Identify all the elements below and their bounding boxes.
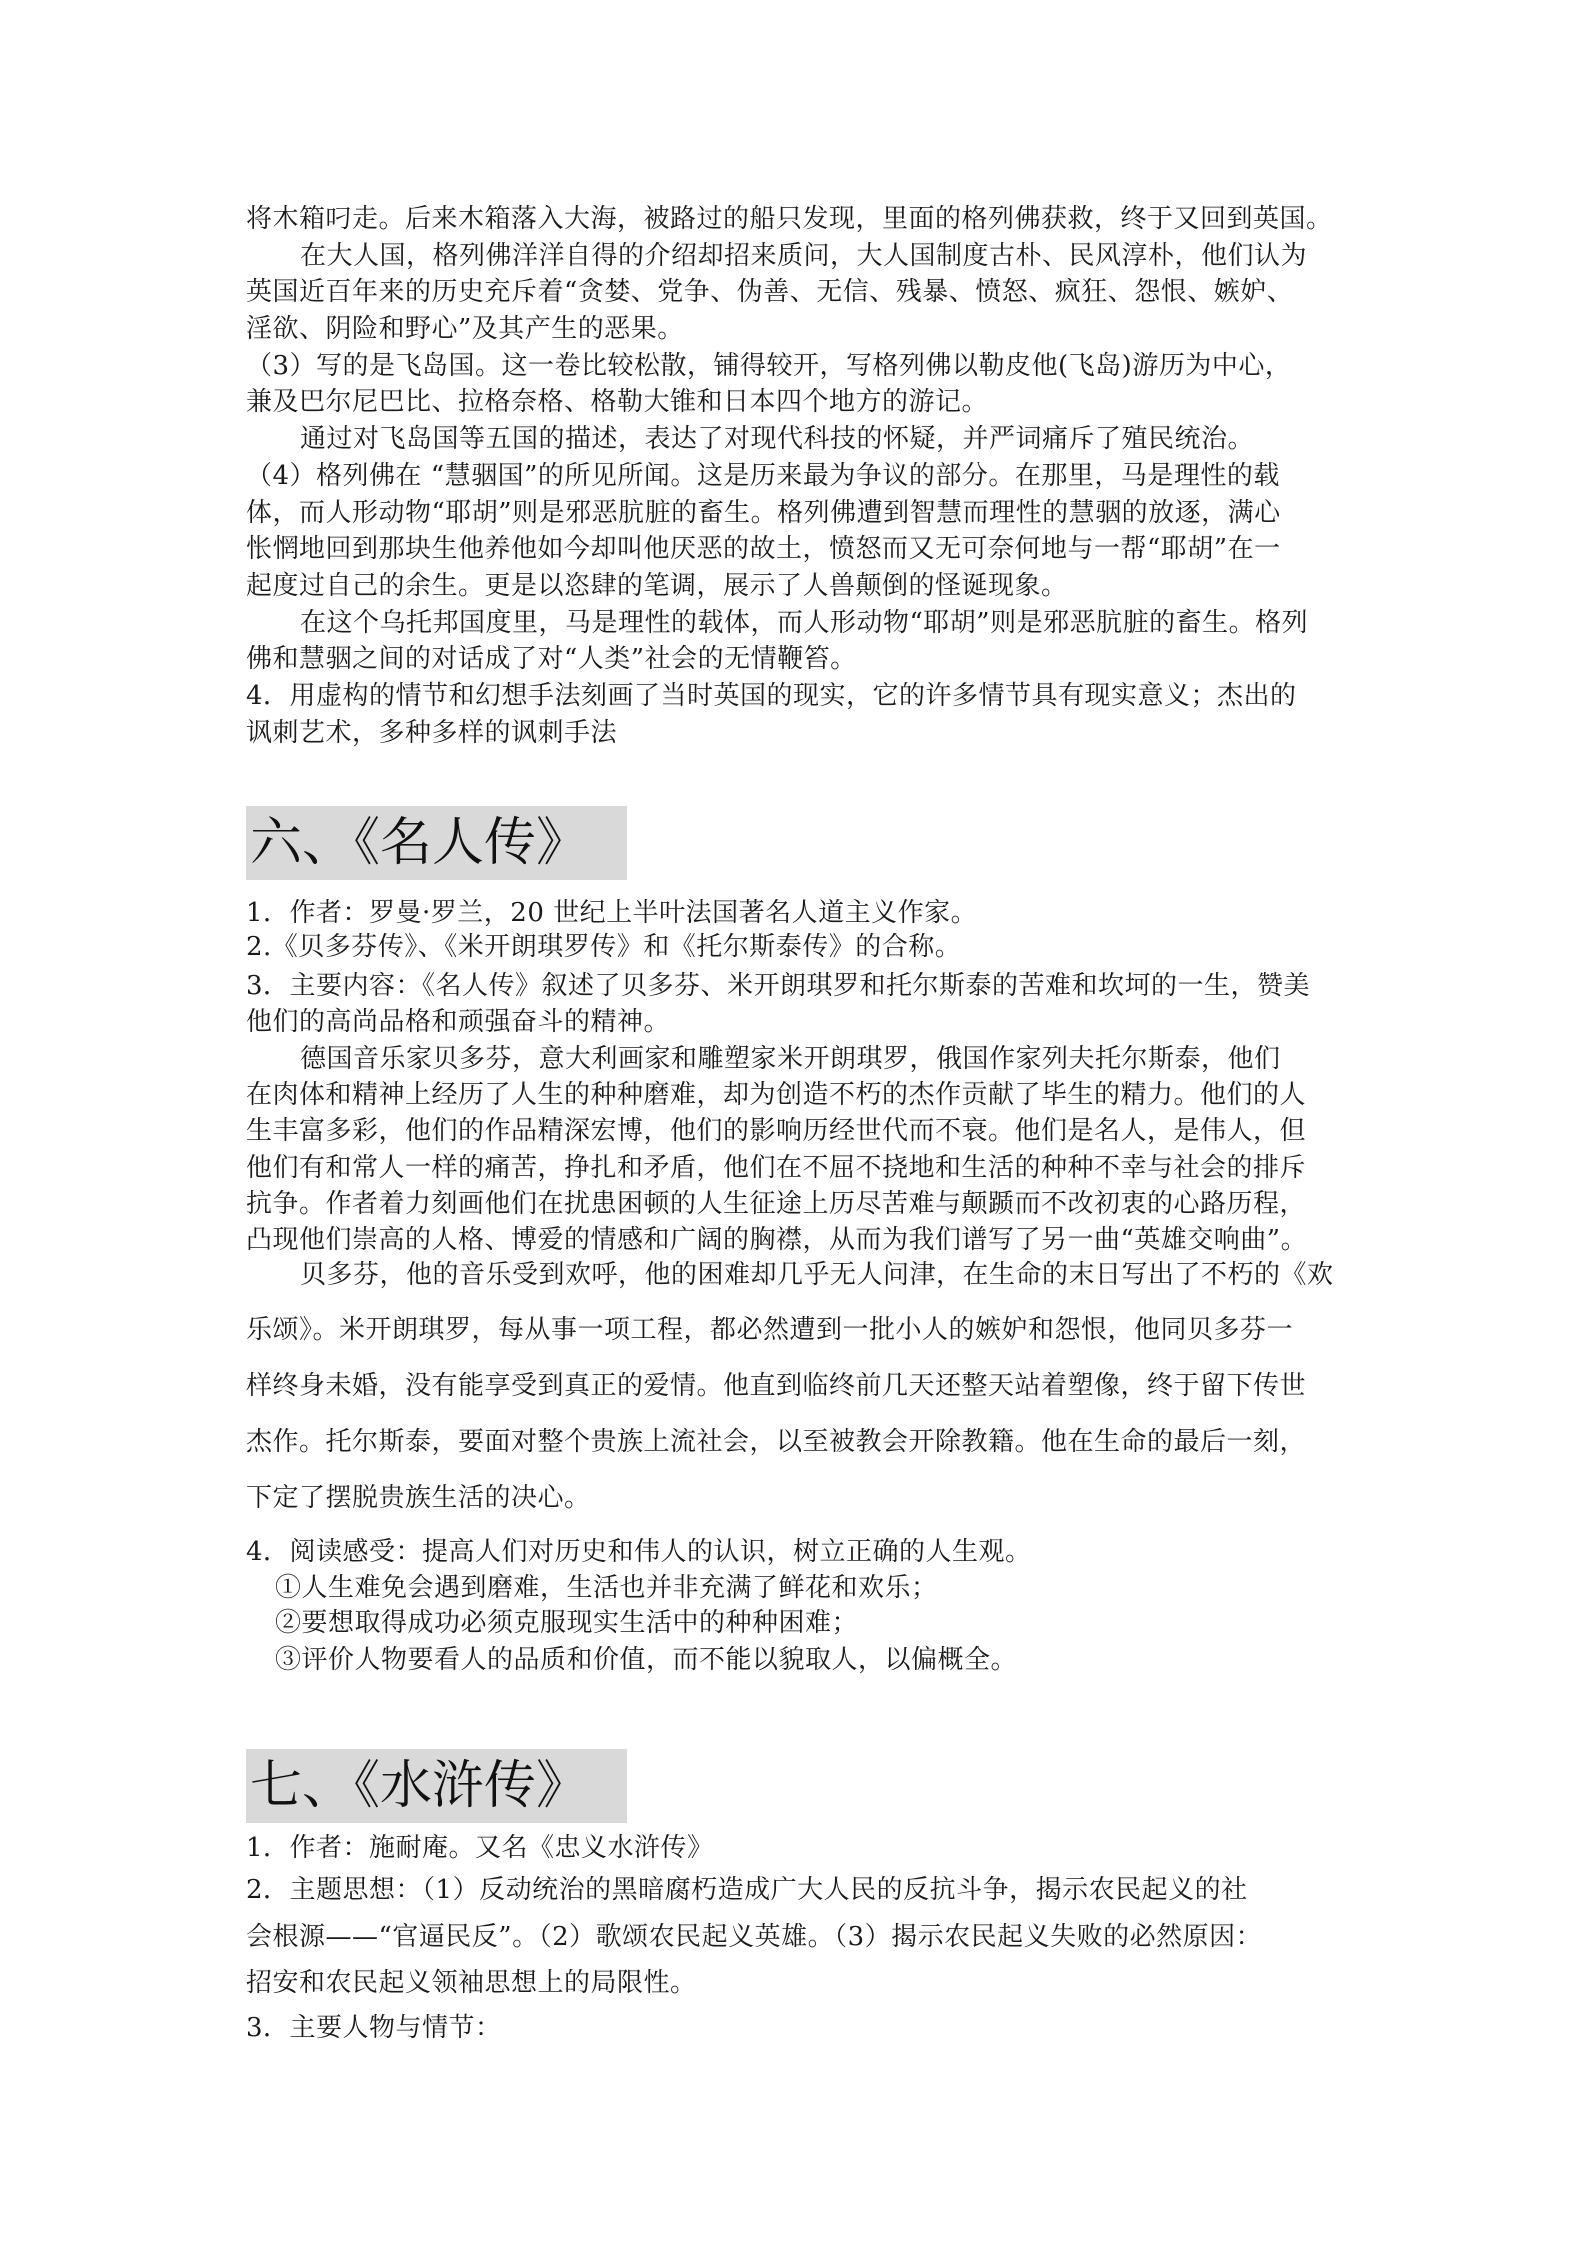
paragraph-line: 抗争。作者着力刻画他们在扰患困顿的人生征途上历尽苦难与颠踬而不改初衷的心路历程， [246, 1187, 1356, 1221]
paragraph-line: 体，而人形动物“耶胡”则是邪恶肮脏的畜生。格列佛遭到智慧而理性的慧骃的放逐，满心 [246, 496, 1356, 530]
paragraph-line: 招安和农民起义领袖思想上的局限性。 [246, 1966, 1356, 2000]
section-heading-water-margin: 七、《水浒传》 [246, 1749, 627, 1823]
paragraph-line: 贝多芬，他的音乐受到欢呼，他的困难却几乎无人问津，在生命的末日写出了不朽的《欢 [300, 1258, 1356, 1292]
paragraph-line: 他们有和常人一样的痛苦，挣扎和矛盾，他们在不屈不挠地和生活的种种不幸与社会的排斥 [246, 1151, 1356, 1185]
paragraph-line: 4．用虚构的情节和幻想手法刻画了当时英国的现实，它的许多情节具有现实意义；杰出的 [246, 679, 1356, 713]
paragraph-line: 在这个乌托邦国度里，马是理性的载体，而人形动物“耶胡”则是邪恶肮脏的畜生。格列 [300, 606, 1356, 640]
list-item: 2.《贝多芬传》、《米开朗琪罗传》和《托尔斯泰传》的合称。 [246, 930, 1356, 964]
list-subitem: ①人生难免会遇到磨难，生活也并非充满了鲜花和欢乐； [275, 1571, 1385, 1605]
paragraph-line: 兼及巴尔尼巴比、拉格奈格、格勒大锥和日本四个地方的游记。 [246, 385, 1356, 419]
section-heading-famous-lives: 六、《名人传》 [246, 806, 627, 880]
paragraph-line: 他们的高尚品格和顽强奋斗的精神。 [246, 1005, 1356, 1039]
paragraph-line: 德国音乐家贝多芬，意大利画家和雕塑家米开朗琪罗，俄国作家列夫托尔斯泰，他们 [300, 1042, 1356, 1076]
list-item: 3．主要内容：《名人传》叙述了贝多芬、米开朗琪罗和托尔斯泰的苦难和坎坷的一生，赞… [246, 969, 1356, 1003]
list-item: 1．作者：施耐庵。又名《忠义水浒传》 [246, 1831, 1356, 1865]
list-subitem: ②要想取得成功必须克服现实生活中的种种困难； [275, 1606, 1385, 1640]
paragraph-line: 样终身未婚，没有能享受到真正的爱情。他直到临终前几天还整天站着塑像，终于留下传世 [246, 1369, 1356, 1403]
list-item: 2．主题思想：（1）反动统治的黑暗腐朽造成广大人民的反抗斗争，揭示农民起义的社 [246, 1873, 1356, 1907]
document-page: 将木箱叼走。后来木箱落入大海，被路过的船只发现，里面的格列佛获救，终于又回到英国… [0, 0, 1594, 2252]
paragraph-line: （4）格列佛在 “慧骃国”的所见所闻。这是历来最为争议的部分。在那里，马是理性的… [246, 459, 1356, 493]
paragraph-line: 乐颂》。米开朗琪罗，每从事一项工程，都必然遭到一批小人的嫉妒和怨恨，他同贝多芬一 [246, 1313, 1356, 1347]
paragraph-line: 通过对飞岛国等五国的描述，表达了对现代科技的怀疑，并严词痛斥了殖民统治。 [300, 422, 1356, 456]
paragraph-line: 讽刺艺术，多种多样的讽刺手法 [246, 716, 1356, 750]
paragraph-line: 怅惘地回到那块生他养他如今却叫他厌恶的故土，愤怒而又无可奈何地与一帮“耶胡”在一 [246, 532, 1356, 566]
list-item: 3．主要人物与情节： [246, 2011, 1356, 2045]
paragraph-line: 在大人国，格列佛洋洋自得的介绍却招来质问，大人国制度古朴、民风淳朴，他们认为 [300, 239, 1356, 273]
list-subitem: ③评价人物要看人的品质和价值，而不能以貌取人，以偏概全。 [275, 1643, 1385, 1677]
paragraph-line: 在肉体和精神上经历了人生的种种磨难，却为创造不朽的杰作贡献了毕生的精力。他们的人 [246, 1078, 1356, 1112]
paragraph-line: 淫欲、阴险和野心”及其产生的恶果。 [246, 312, 1356, 346]
paragraph-line: 英国近百年来的历史充斥着“贪婪、党争、伪善、无信、残暴、愤怒、疯狂、怨恨、嫉妒、 [246, 275, 1356, 309]
paragraph-line: 会根源——“官逼民反”。（2）歌颂农民起义英雄。（3）揭示农民起义失败的必然原因… [246, 1920, 1356, 1954]
paragraph-line: 杰作。托尔斯泰，要面对整个贵族上流社会，以至被教会开除教籍。他在生命的最后一刻， [246, 1425, 1356, 1459]
paragraph-line: 佛和慧骃之间的对话成了对“人类”社会的无情鞭笞。 [246, 642, 1356, 676]
paragraph-line: 将木箱叼走。后来木箱落入大海，被路过的船只发现，里面的格列佛获救，终于又回到英国… [246, 202, 1356, 236]
paragraph-line: （3）写的是飞岛国。这一卷比较松散，铺得较开，写格列佛以勒皮他(飞岛)游历为中心… [246, 349, 1356, 383]
paragraph-line: 起度过自己的余生。更是以恣肆的笔调，展示了人兽颠倒的怪诞现象。 [246, 569, 1356, 603]
list-item: 4．阅读感受：提高人们对历史和伟人的认识，树立正确的人生观。 [246, 1535, 1356, 1569]
list-item: 1．作者：罗曼·罗兰，20 世纪上半叶法国著名人道主义作家。 [246, 896, 1356, 930]
paragraph-line: 生丰富多彩，他们的作品精深宏博，他们的影响历经世代而不衰。他们是名人，是伟人，但 [246, 1114, 1356, 1148]
paragraph-line: 凸现他们崇高的人格、博爱的情感和广阔的胸襟，从而为我们谱写了另一曲“英雄交响曲”… [246, 1223, 1356, 1257]
paragraph-line: 下定了摆脱贵族生活的决心。 [246, 1481, 1356, 1515]
